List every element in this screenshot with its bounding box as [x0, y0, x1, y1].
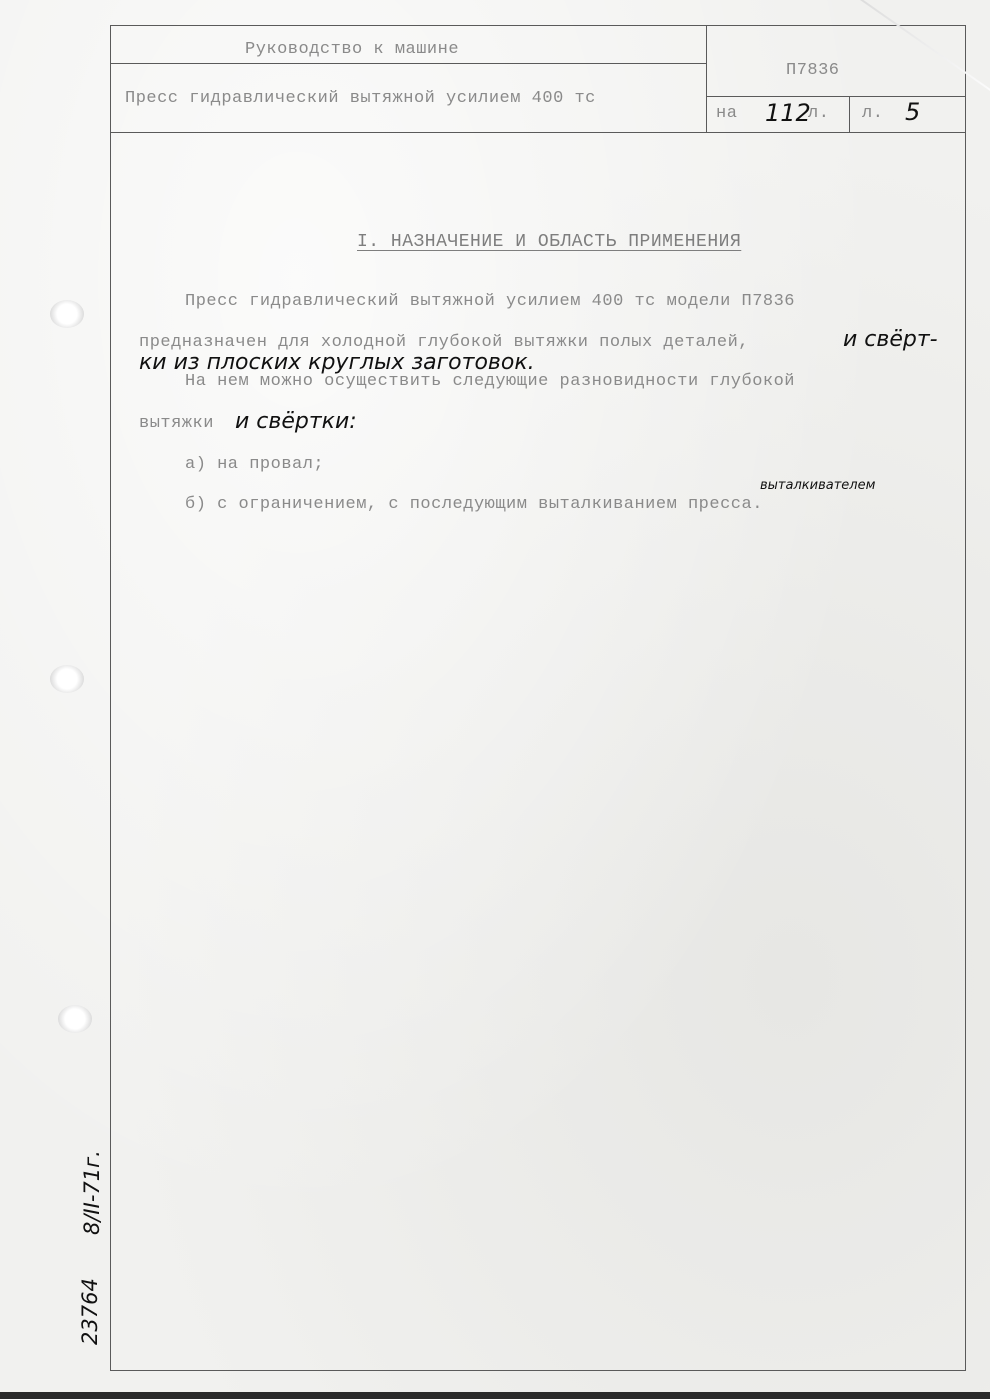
- punch-hole: [50, 665, 84, 693]
- list-item-a: а) на провал;: [185, 455, 324, 474]
- page-bottom-edge: [0, 1392, 990, 1399]
- machine-name: Пресс гидравлический вытяжной усилием 40…: [125, 89, 596, 108]
- model-code: П7836: [786, 61, 840, 80]
- sheets-suffix: л.: [808, 104, 829, 123]
- doc-type: Руководство к машине: [245, 40, 459, 59]
- punch-hole: [58, 1005, 92, 1033]
- title-block-bottom: [110, 132, 966, 133]
- handwritten-insert-1: и свёрт-: [843, 327, 938, 352]
- title-block-sheet-divider: [849, 96, 850, 133]
- sheet-label: л.: [862, 104, 883, 123]
- title-block-right-divider: [706, 96, 966, 97]
- section-title: I. НАЗНАЧЕНИЕ И ОБЛАСТЬ ПРИМЕНЕНИЯ: [357, 232, 741, 252]
- list-item-b: б) с ограничением, с последующим выталки…: [185, 495, 763, 514]
- title-block-divider: [110, 63, 706, 64]
- punch-hole: [50, 300, 84, 328]
- sheet-number: 5: [905, 98, 920, 126]
- title-block-vdivider: [706, 25, 707, 133]
- sheets-prefix: на: [716, 104, 737, 123]
- handwritten-insert-4: выталкивателем: [760, 478, 875, 493]
- paragraph-2-line-2: вытяжки: [139, 414, 214, 433]
- page-frame: [110, 25, 966, 1371]
- date-note: 8/II-71г.: [80, 1150, 104, 1235]
- archive-number: 23764: [78, 1278, 102, 1345]
- sheets-total: 112: [765, 99, 811, 127]
- paragraph-1-line-1: Пресс гидравлический вытяжной усилием 40…: [185, 292, 795, 311]
- paragraph-2-line-1: На нем можно осуществить следующие разно…: [185, 372, 795, 391]
- document-page: Руководство к машине Пресс гидравлически…: [0, 0, 990, 1399]
- handwritten-insert-3: и свёртки:: [235, 409, 357, 434]
